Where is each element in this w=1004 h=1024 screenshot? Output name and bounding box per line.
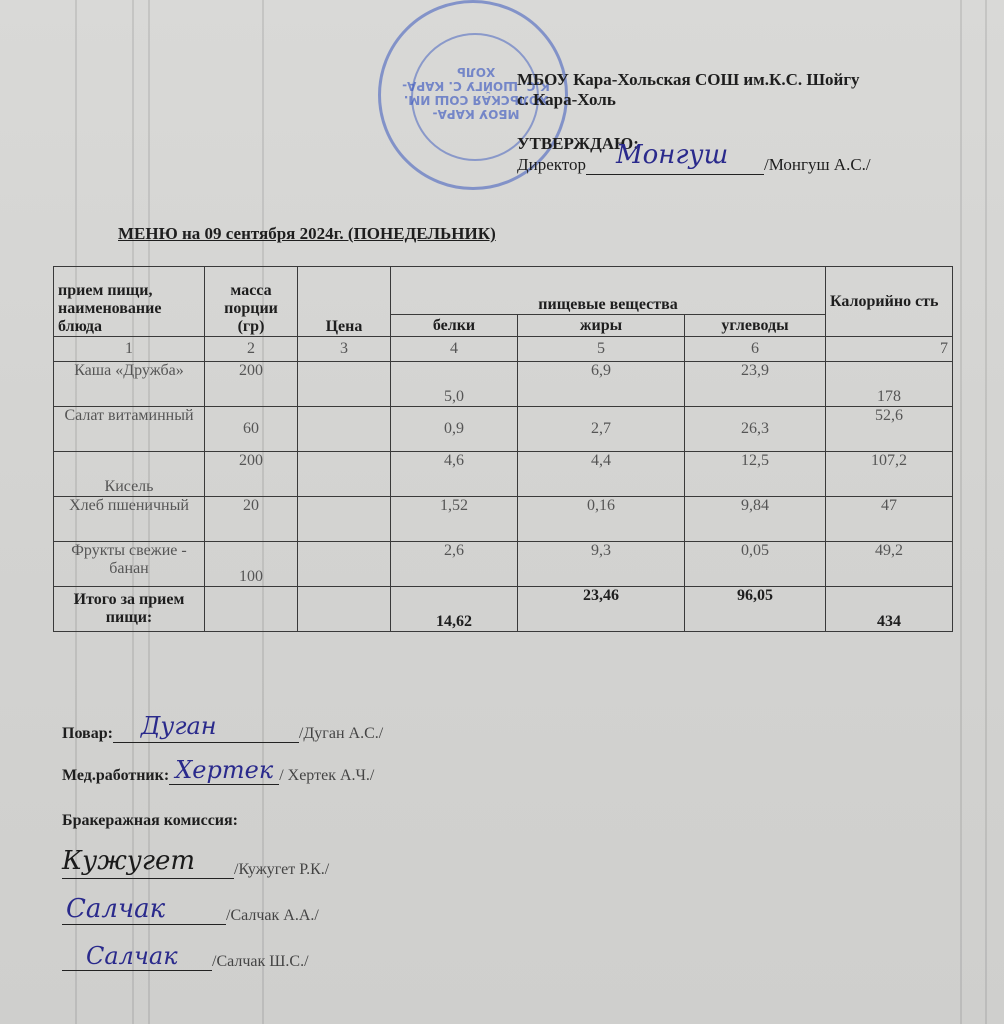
column-number: 3 [298, 337, 391, 362]
total-price [298, 587, 391, 632]
cook-signature: Дуган [141, 712, 217, 740]
commission-name: /Салчак А.А./ [226, 907, 319, 925]
dish-calories: 52,6 [826, 407, 953, 452]
column-number: 2 [205, 337, 298, 362]
header-nutrients: пищевые вещества [391, 267, 826, 315]
dish-carbs: 0,05 [685, 542, 826, 587]
dish-price [298, 407, 391, 452]
dish-name: Кисель [54, 452, 205, 497]
dish-price [298, 452, 391, 497]
dish-fat: 2,7 [518, 407, 685, 452]
commission-signature: Салчак [86, 942, 178, 970]
dish-protein: 2,6 [391, 542, 518, 587]
commission-member: Кужугет /Кужугет Р.К./ [62, 858, 329, 879]
dish-protein: 4,6 [391, 452, 518, 497]
dish-mass: 100 [205, 542, 298, 587]
scan-streak [985, 0, 987, 1024]
medic-label: Мед.работник: [62, 767, 169, 785]
total-row: Итого за прием пищи: 14,62 23,46 96,05 4… [54, 587, 953, 632]
director-signature: Монгуш [616, 140, 728, 170]
commission-signature: Салчак [66, 894, 165, 924]
column-number: 4 [391, 337, 518, 362]
dish-name: Каша «Дружба» [54, 362, 205, 407]
dish-name: Салат витаминный [54, 407, 205, 452]
village-name: с. Кара-Холь [517, 90, 871, 110]
column-number: 6 [685, 337, 826, 362]
header-fat: жиры [518, 315, 685, 337]
dish-fat: 6,9 [518, 362, 685, 407]
cook-signature-line: Повар: Дуган /Дуган А.С./ [62, 722, 383, 743]
dish-carbs: 9,84 [685, 497, 826, 542]
dish-mass: 20 [205, 497, 298, 542]
commission-signature-underline: Кужугет [62, 858, 234, 879]
table-row: Каша «Дружба» 200 5,0 6,9 23,9 178 [54, 362, 953, 407]
director-line: Директор Монгуш /Монгуш А.С./ [517, 154, 871, 175]
menu-table: прием пищи, наименование блюда масса пор… [53, 266, 953, 632]
commission-name: /Салчак Ш.С./ [212, 953, 309, 971]
director-signature-line: Монгуш [586, 154, 764, 175]
table-row: Фрукты свежие - банан 100 2,6 9,3 0,05 4… [54, 542, 953, 587]
header-price: Цена [298, 267, 391, 337]
total-mass [205, 587, 298, 632]
dish-mass: 60 [205, 407, 298, 452]
dish-calories: 49,2 [826, 542, 953, 587]
commission-member: Салчак /Салчак А.А./ [62, 904, 319, 925]
header-calories: Калорийно сть [826, 267, 953, 337]
dish-mass: 200 [205, 362, 298, 407]
cook-label: Повар: [62, 725, 113, 743]
dish-name: Фрукты свежие - банан [54, 542, 205, 587]
commission-signature-underline: Салчак [62, 904, 226, 925]
total-fat: 23,46 [518, 587, 685, 632]
dish-carbs: 26,3 [685, 407, 826, 452]
column-number: 1 [54, 337, 205, 362]
commission-signature: Кужугет [62, 846, 195, 876]
commission-heading: Бракеражная комиссия: [62, 812, 238, 830]
commission-name: /Кужугет Р.К./ [234, 861, 329, 879]
dish-protein: 5,0 [391, 362, 518, 407]
header-carbs: углеводы [685, 315, 826, 337]
dish-mass: 200 [205, 452, 298, 497]
header-mass: масса порции (гр) [205, 267, 298, 337]
total-calories: 434 [826, 587, 953, 632]
dish-price [298, 497, 391, 542]
column-number: 5 [518, 337, 685, 362]
header-dish: прием пищи, наименование блюда [54, 267, 205, 337]
dish-price [298, 362, 391, 407]
total-carbs: 96,05 [685, 587, 826, 632]
total-label: Итого за прием пищи: [54, 587, 205, 632]
column-numbers-row: 1 2 3 4 5 6 7 [54, 337, 953, 362]
medic-signature-line: Мед.работник: Хертек / Хертек А.Ч./ [62, 764, 374, 785]
commission-member: Салчак /Салчак Ш.С./ [62, 950, 309, 971]
table-row: Хлеб пшеничный 20 1,52 0,16 9,84 47 [54, 497, 953, 542]
dish-fat: 9,3 [518, 542, 685, 587]
approval-header: МБОУ Кара-Хольская СОШ им.К.С. Шойгу с. … [517, 70, 871, 175]
organization-name: МБОУ Кара-Хольская СОШ им.К.С. Шойгу [517, 70, 871, 90]
commission-label: Бракеражная комиссия: [62, 812, 238, 830]
dish-calories: 107,2 [826, 452, 953, 497]
dish-price [298, 542, 391, 587]
dish-calories: 47 [826, 497, 953, 542]
total-protein: 14,62 [391, 587, 518, 632]
page-title: МЕНЮ на 09 сентября 2024г. (ПОНЕДЕЛЬНИК) [118, 224, 496, 244]
medic-signature: Хертек [175, 756, 273, 784]
director-name: /Монгуш А.С./ [764, 155, 871, 175]
column-number: 7 [826, 337, 953, 362]
table-row: Кисель 200 4,6 4,4 12,5 107,2 [54, 452, 953, 497]
commission-signature-underline: Салчак [62, 950, 212, 971]
header-protein: белки [391, 315, 518, 337]
dish-fat: 4,4 [518, 452, 685, 497]
dish-protein: 0,9 [391, 407, 518, 452]
table-row: Салат витаминный 60 0,9 2,7 26,3 52,6 [54, 407, 953, 452]
scan-streak [960, 0, 962, 1024]
dish-carbs: 12,5 [685, 452, 826, 497]
director-label: Директор [517, 155, 586, 175]
dish-name: Хлеб пшеничный [54, 497, 205, 542]
dish-carbs: 23,9 [685, 362, 826, 407]
medic-name: / Хертек А.Ч./ [279, 767, 374, 785]
cook-signature-underline: Дуган [113, 722, 299, 743]
dish-protein: 1,52 [391, 497, 518, 542]
cook-name: /Дуган А.С./ [299, 725, 383, 743]
medic-signature-underline: Хертек [169, 764, 279, 785]
dish-calories: 178 [826, 362, 953, 407]
dish-fat: 0,16 [518, 497, 685, 542]
